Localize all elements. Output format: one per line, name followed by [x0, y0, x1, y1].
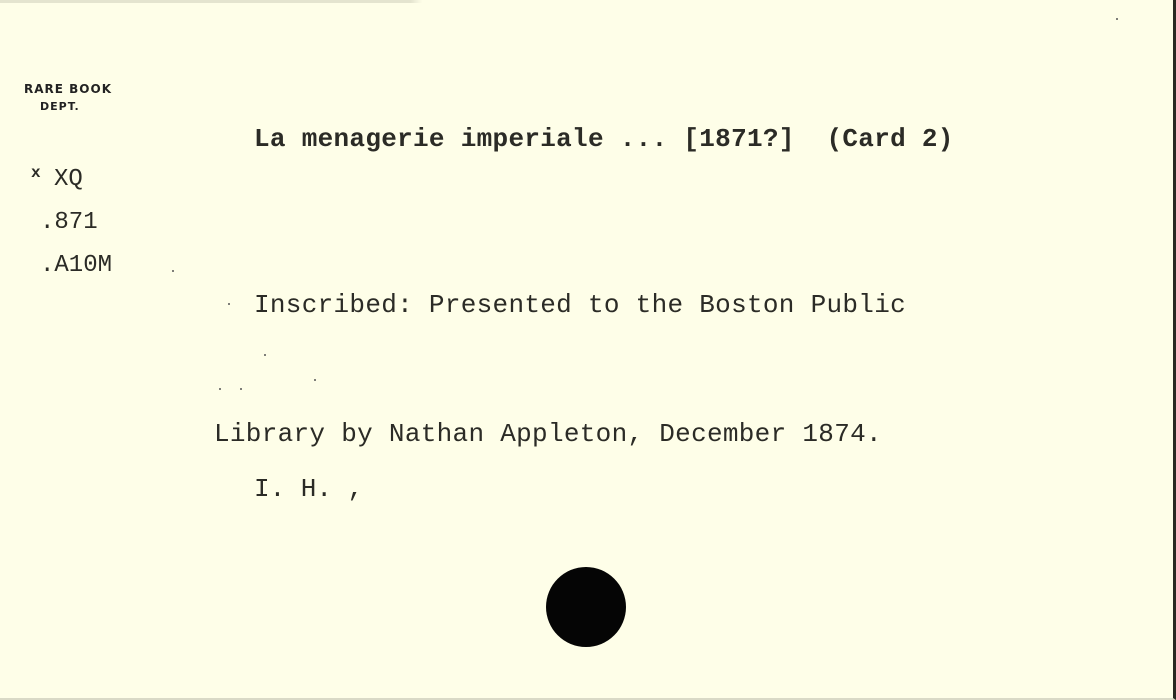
title-heading: La menagerie imperiale ... [1871?] (Card…	[254, 124, 954, 154]
speck	[240, 388, 242, 390]
call-number-prefix-mark: x	[31, 152, 41, 195]
speck	[1116, 18, 1118, 20]
note-line-1: Inscribed: Presented to the Boston Publi…	[214, 284, 906, 327]
department-stamp: RARE BOOK DEPT.	[24, 80, 112, 116]
cataloger-initials: I. H. ,	[254, 474, 363, 504]
speck	[219, 388, 221, 390]
speck	[314, 379, 316, 381]
speck	[264, 354, 266, 356]
punch-hole	[546, 567, 626, 647]
call-number: x XQ .871 .A10M	[40, 158, 112, 287]
catalog-card: RARE BOOK DEPT. x XQ .871 .A10M La menag…	[0, 0, 1176, 700]
call-number-line-2: .871	[40, 201, 112, 244]
stamp-line-2: DEPT.	[24, 98, 112, 116]
note-line-2: Library by Nathan Appleton, December 187…	[214, 413, 906, 456]
call-number-line-3: .A10M	[40, 244, 112, 287]
call-number-line-1: XQ	[40, 158, 112, 201]
speck	[172, 270, 174, 272]
stamp-line-1: RARE BOOK	[24, 80, 112, 98]
speck	[228, 303, 230, 305]
